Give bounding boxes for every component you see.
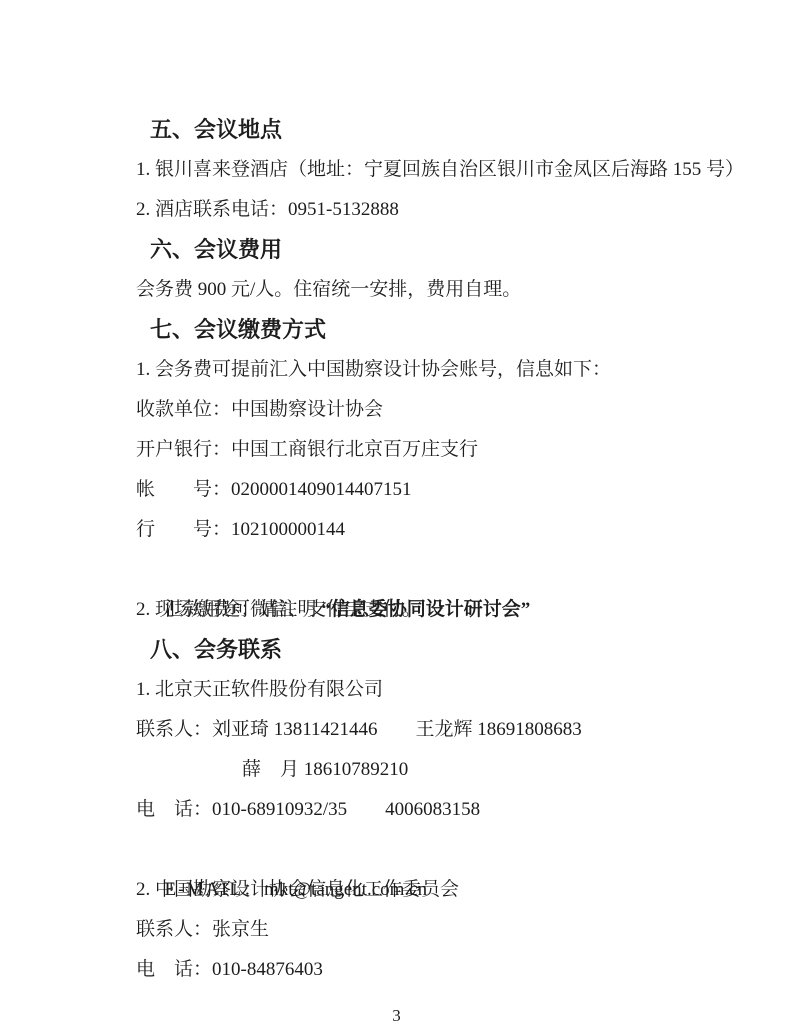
payment-intro-line: 1. 会务费可提前汇入中国勘察设计协会账号，信息如下： (136, 350, 793, 390)
contacts-company2-person-line: 联系人：张京生 (136, 910, 793, 950)
document-page: 五、会议地点 1. 银川喜来登酒店（地址：宁夏回族自治区银川市金凤区后海路 15… (0, 0, 793, 1034)
payment-bank-line: 开户银行：中国工商银行北京百万庄支行 (136, 430, 793, 470)
payment-bank-code-line: 行 号：102100000144 (136, 510, 793, 550)
contacts-company2-phone-line: 电 话：010-84876403 (136, 950, 793, 990)
contacts-company2-line: 2. 中国勘察设计协会信息化工作委员会 (136, 870, 793, 910)
venue-hotel-line: 1. 银川喜来登酒店（地址：宁夏回族自治区银川市金凤区后海路 155 号） (136, 150, 793, 190)
contacts-company1-people-line: 联系人：刘亚琦 13811421446 王龙辉 18691808683 (136, 710, 793, 750)
fee-body-line: 会务费 900 元/人。住宿统一安排，费用自理。 (136, 270, 793, 310)
contacts-company1-phone-line: 电 话：010-68910932/35 4006083158 (136, 790, 793, 830)
section-heading-fee: 六、会议费用 (136, 230, 793, 270)
contacts-company1-people-line2: 薛 月 18610789210 (136, 750, 793, 790)
contacts-company1-email-line: E-MAIL：mkt@tangent.com.cn (136, 830, 793, 870)
section-heading-payment: 七、会议缴费方式 (136, 310, 793, 350)
venue-phone-line: 2. 酒店联系电话：0951-5132888 (136, 190, 793, 230)
page-number: 3 (0, 998, 793, 1034)
contacts-company1-line: 1. 北京天正软件股份有限公司 (136, 670, 793, 710)
section-heading-contacts: 八、会务联系 (136, 630, 793, 670)
page-content: 五、会议地点 1. 银川喜来登酒店（地址：宁夏回族自治区银川市金凤区后海路 15… (136, 110, 793, 990)
section-heading-venue: 五、会议地点 (136, 110, 793, 150)
payment-account-line: 帐 号：0200001409014407151 (136, 470, 793, 510)
payment-purpose-line: 汇款用途：请注明 “信息委协同设计研讨会” (136, 550, 793, 590)
payment-payee-line: 收款单位：中国勘察设计协会 (136, 390, 793, 430)
